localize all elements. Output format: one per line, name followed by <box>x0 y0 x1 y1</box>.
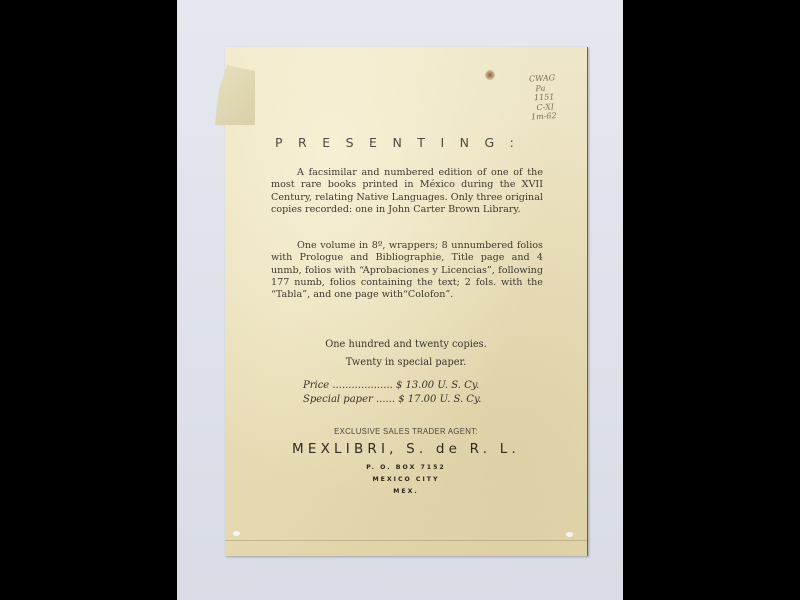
address-line: MEXICO CITY <box>225 476 587 483</box>
paragraph-text: One volume in 8º, wrappers; 8 unnumbered… <box>271 240 543 300</box>
company-name: MEXLIBRI, S. de R. L. <box>225 441 587 457</box>
price-row: Special paper ...... $ 17.00 U. S. Cy. <box>303 394 523 405</box>
paper-hole-left <box>233 531 240 536</box>
flyer-sheet: CWAG Pa 1151 C-XI 1m-62 PRESENTING: A fa… <box>225 47 588 556</box>
price-label: Price <box>303 380 329 391</box>
price-leader: ...... <box>373 394 395 405</box>
page-title: PRESENTING: <box>275 135 529 150</box>
agent-label: EXCLUSIVE SALES TRADER AGENT: <box>225 427 587 436</box>
price-leader: ................... <box>329 380 393 391</box>
price-row: Price ................... $ 13.00 U. S. … <box>303 380 523 391</box>
paper-hole-right <box>566 532 573 537</box>
price-value: $ 13.00 U. S. Cy. <box>396 380 479 391</box>
annotation-line: 1m-62 <box>531 109 589 122</box>
description-paragraph: A facsimilar and numbered edition of one… <box>271 167 543 216</box>
edition-size: One hundred and twenty copies. <box>225 339 587 350</box>
address-line: MEX. <box>225 488 587 495</box>
paper-stain <box>485 70 495 80</box>
price-label: Special paper <box>303 394 373 405</box>
paragraph-text: A facsimilar and numbered edition of one… <box>271 167 543 215</box>
physical-description-paragraph: One volume in 8º, wrappers; 8 unnumbered… <box>271 240 543 301</box>
price-value: $ 17.00 U. S. Cy. <box>398 394 481 405</box>
handwritten-annotation: CWAG Pa 1151 C-XI 1m-62 <box>529 72 589 122</box>
address-line: P. O. BOX 7152 <box>225 464 587 471</box>
special-edition-size: Twenty in special paper. <box>225 357 587 368</box>
